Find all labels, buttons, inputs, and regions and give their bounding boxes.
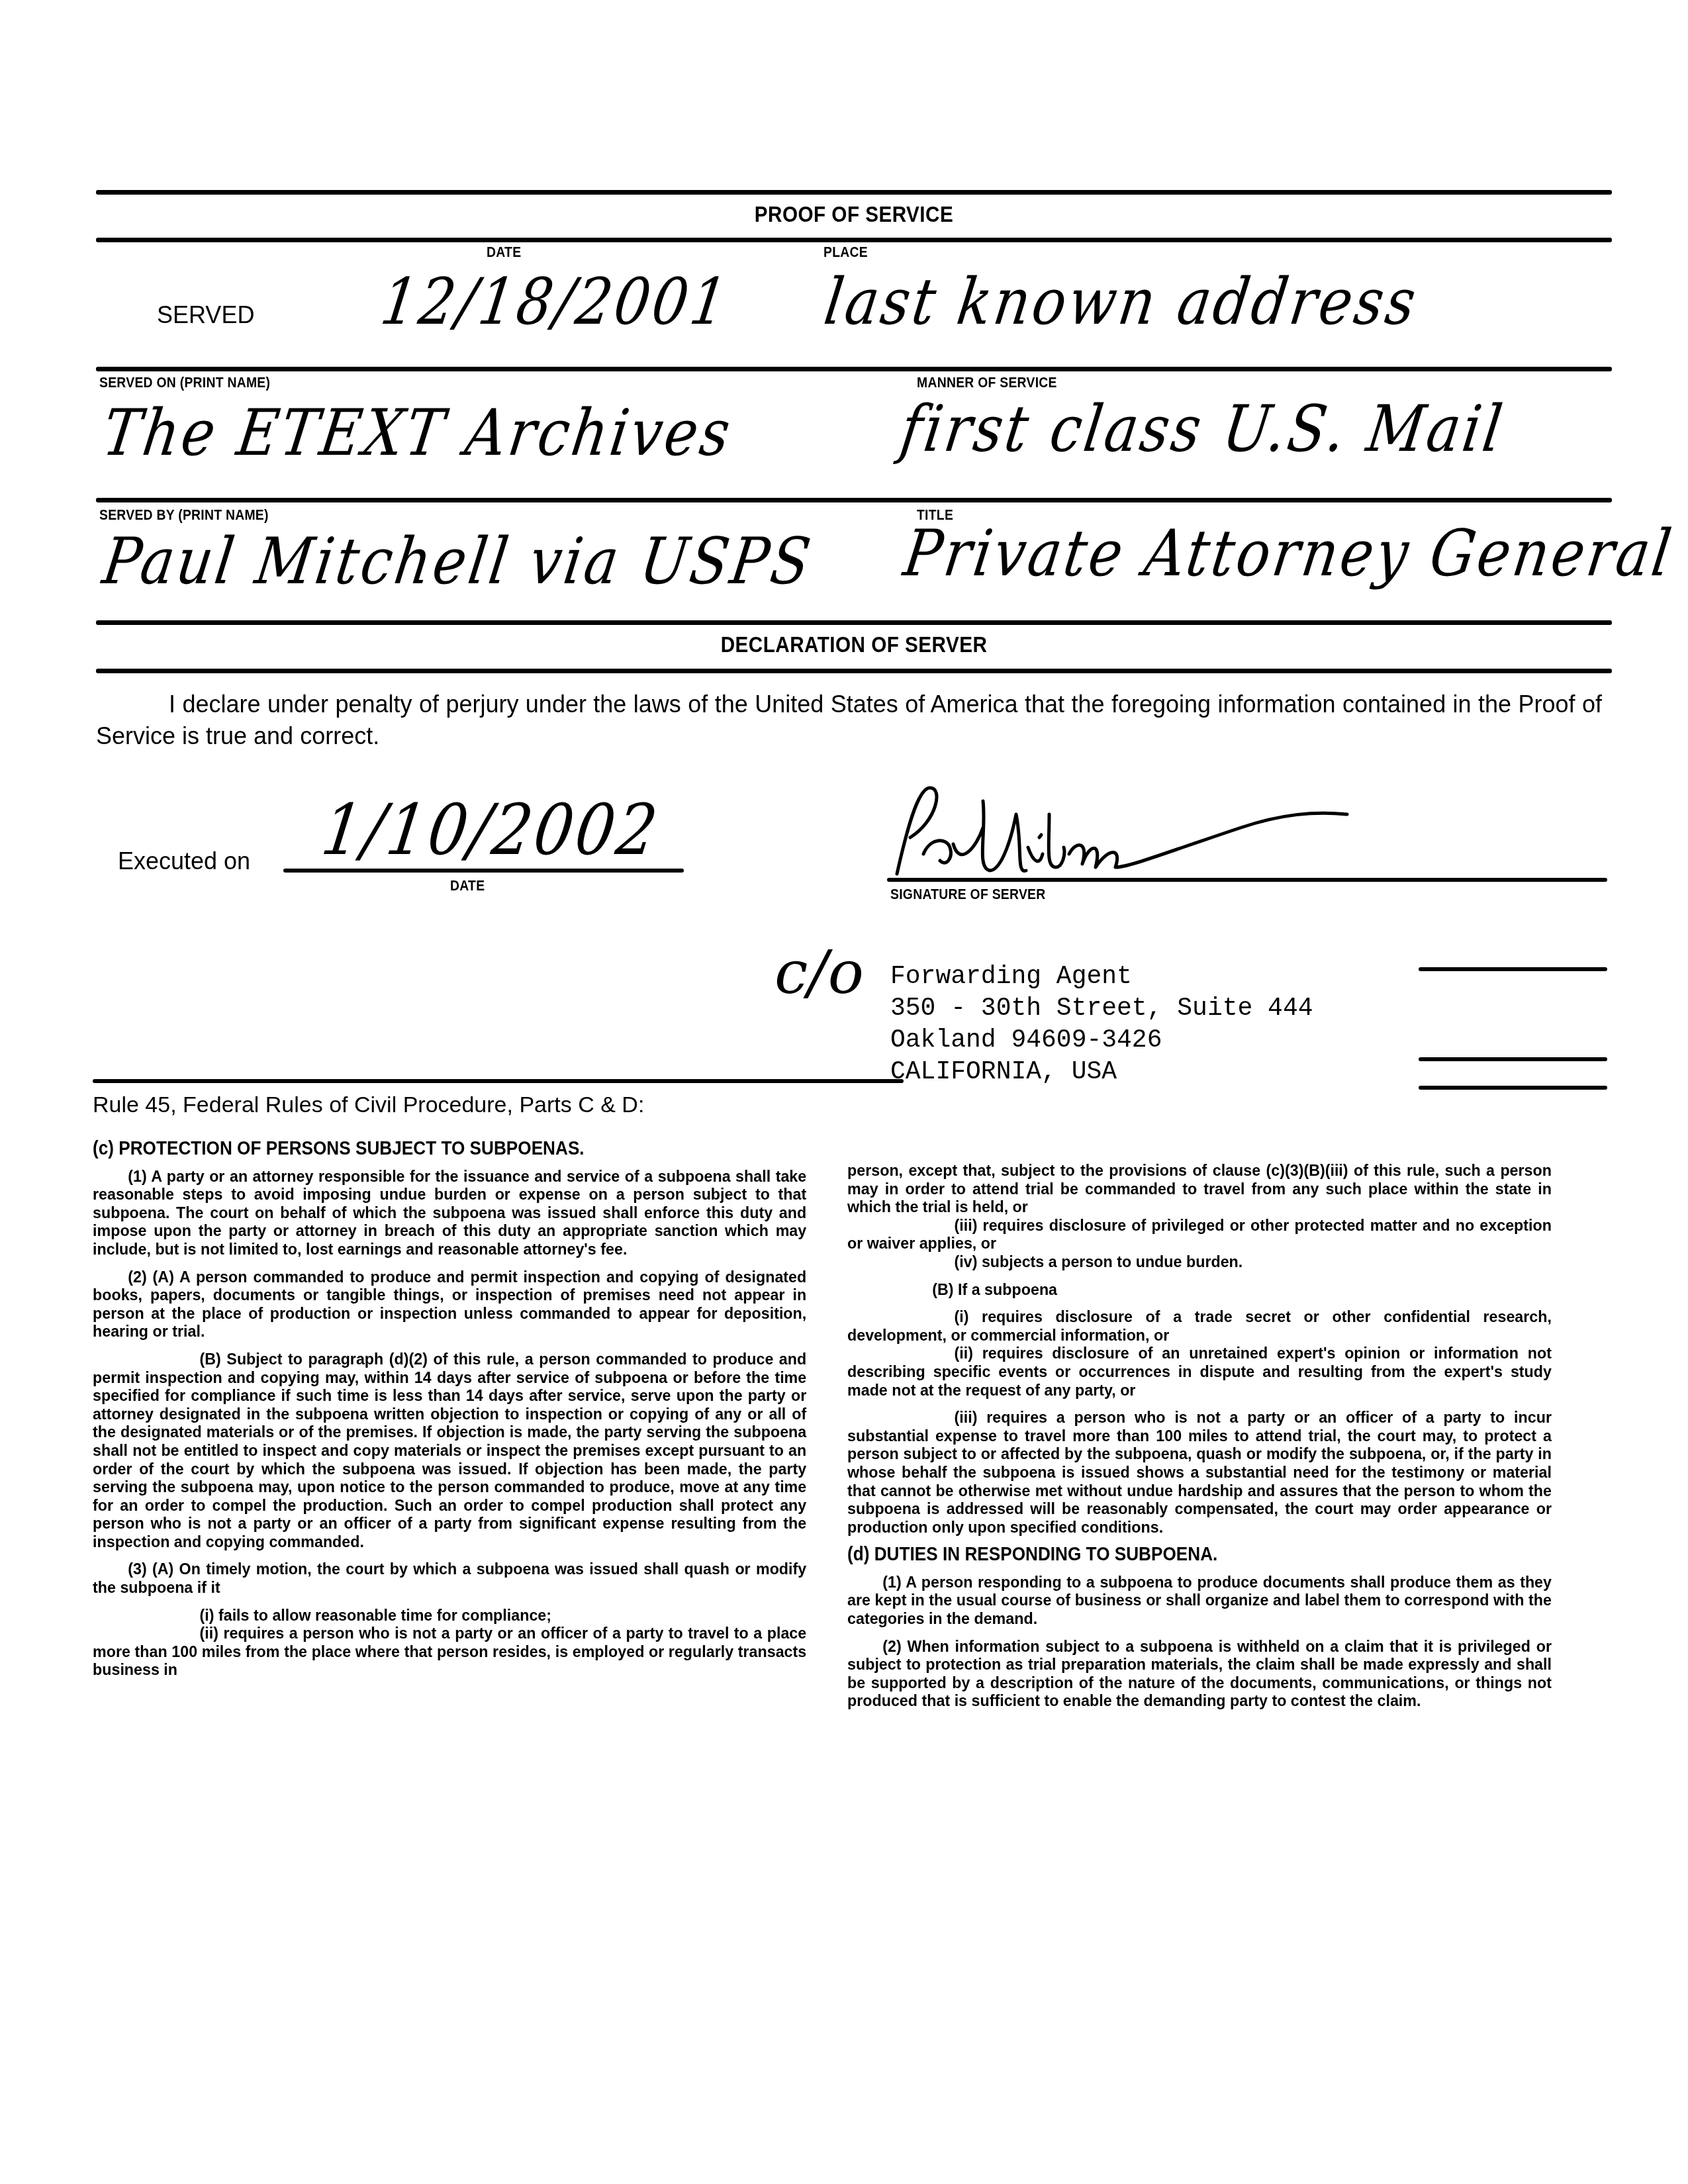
rule45-top-rule [93, 1079, 904, 1083]
section-d-heading: (d) DUTIES IN RESPONDING TO SUBPOENA. [847, 1546, 1517, 1564]
paragraph-d2: (2) When information subject to a subpoe… [847, 1638, 1552, 1711]
manner-of-service-value: first class U.S. Mail [897, 397, 1509, 461]
paragraph-c3a-ii-continued: person, except that, subject to the prov… [847, 1162, 1552, 1217]
rule-served [96, 367, 1612, 371]
address-side-rule-3 [1419, 1086, 1607, 1090]
declaration-heading: DECLARATION OF SERVER [622, 632, 1086, 657]
address-line-1: Forwarding Agent [890, 961, 1132, 993]
served-on-value: The ETEXT Archives [99, 401, 736, 465]
section-c-heading: (c) PROTECTION OF PERSONS SUBJECT TO SUB… [93, 1140, 771, 1159]
address-side-rule-1 [1419, 967, 1607, 971]
declaration-text: I declare under penalty of perjury under… [96, 688, 1602, 752]
address-side-rule-2 [1419, 1057, 1607, 1061]
paragraph-c2a: (2) (A) A person commanded to produce an… [93, 1268, 806, 1341]
rule45-left-column: (c) PROTECTION OF PERSONS SUBJECT TO SUB… [93, 1137, 806, 1689]
served-by-value: Paul Mitchell via USPS [99, 529, 816, 593]
rule-served-by [96, 620, 1612, 625]
paragraph-c3a-ii: (ii) requires a person who is not a part… [93, 1625, 806, 1680]
date-column-label: DATE [487, 244, 521, 261]
served-place-value: last known address [821, 269, 1422, 334]
served-label: SERVED [157, 301, 254, 329]
signature-of-server [884, 775, 1387, 887]
paragraph-c3a-iii: (iii) requires disclosure of privileged … [847, 1217, 1552, 1253]
served-by-label: SERVED BY (PRINT NAME) [99, 506, 269, 524]
top-rule [96, 190, 1612, 195]
executed-date-label: DATE [450, 877, 485, 894]
paragraph-c2b: (B) Subject to paragraph (d)(2) of this … [93, 1351, 806, 1552]
executed-on-label: Executed on [118, 847, 250, 875]
paragraph-d1: (1) A person responding to a subpoena to… [847, 1574, 1552, 1629]
executed-date-value: 1/10/2002 [318, 795, 664, 865]
paragraph-c3b: (B) If a subpoena [847, 1281, 1552, 1300]
paragraph-c3a-i: (i) fails to allow reasonable time for c… [93, 1607, 806, 1625]
executed-date-line [283, 869, 684, 873]
manner-of-service-label: MANNER OF SERVICE [917, 374, 1057, 391]
address-line-4: CALIFORNIA, USA [890, 1057, 1117, 1088]
paragraph-c1: (1) A party or an attorney responsible f… [93, 1168, 806, 1259]
address-line-2: 350 - 30th Street, Suite 444 [890, 993, 1313, 1025]
place-column-label: PLACE [823, 244, 868, 261]
paragraph-c3a-iv: (iv) subjects a person to undue burden. [847, 1253, 1552, 1272]
rule-below-heading [96, 238, 1612, 242]
paragraph-c3b-iii: (iii) requires a person who is not a par… [847, 1409, 1552, 1537]
paragraph-c3a: (3) (A) On timely motion, the court by w… [93, 1560, 806, 1597]
server-title-value: Private Attorney General [900, 521, 1677, 585]
paragraph-c3b-ii: (ii) requires disclosure of an unretaine… [847, 1345, 1552, 1400]
rule45-right-column: person, except that, subject to the prov… [847, 1162, 1552, 1720]
served-date-value: 12/18/2001 [377, 269, 733, 334]
rule-served-on [96, 498, 1612, 502]
rule-below-declaration [96, 669, 1612, 673]
proof-of-service-heading: PROOF OF SERVICE [622, 202, 1086, 227]
signature-line [887, 878, 1607, 882]
care-of-mark: c/o [774, 943, 864, 1003]
address-line-3: Oakland 94609-3426 [890, 1025, 1162, 1057]
served-on-label: SERVED ON (PRINT NAME) [99, 374, 270, 391]
signature-of-server-label: SIGNATURE OF SERVER [890, 886, 1046, 903]
paragraph-c3b-i: (i) requires disclosure of a trade secre… [847, 1308, 1552, 1345]
rule45-title: Rule 45, Federal Rules of Civil Procedur… [93, 1092, 644, 1118]
